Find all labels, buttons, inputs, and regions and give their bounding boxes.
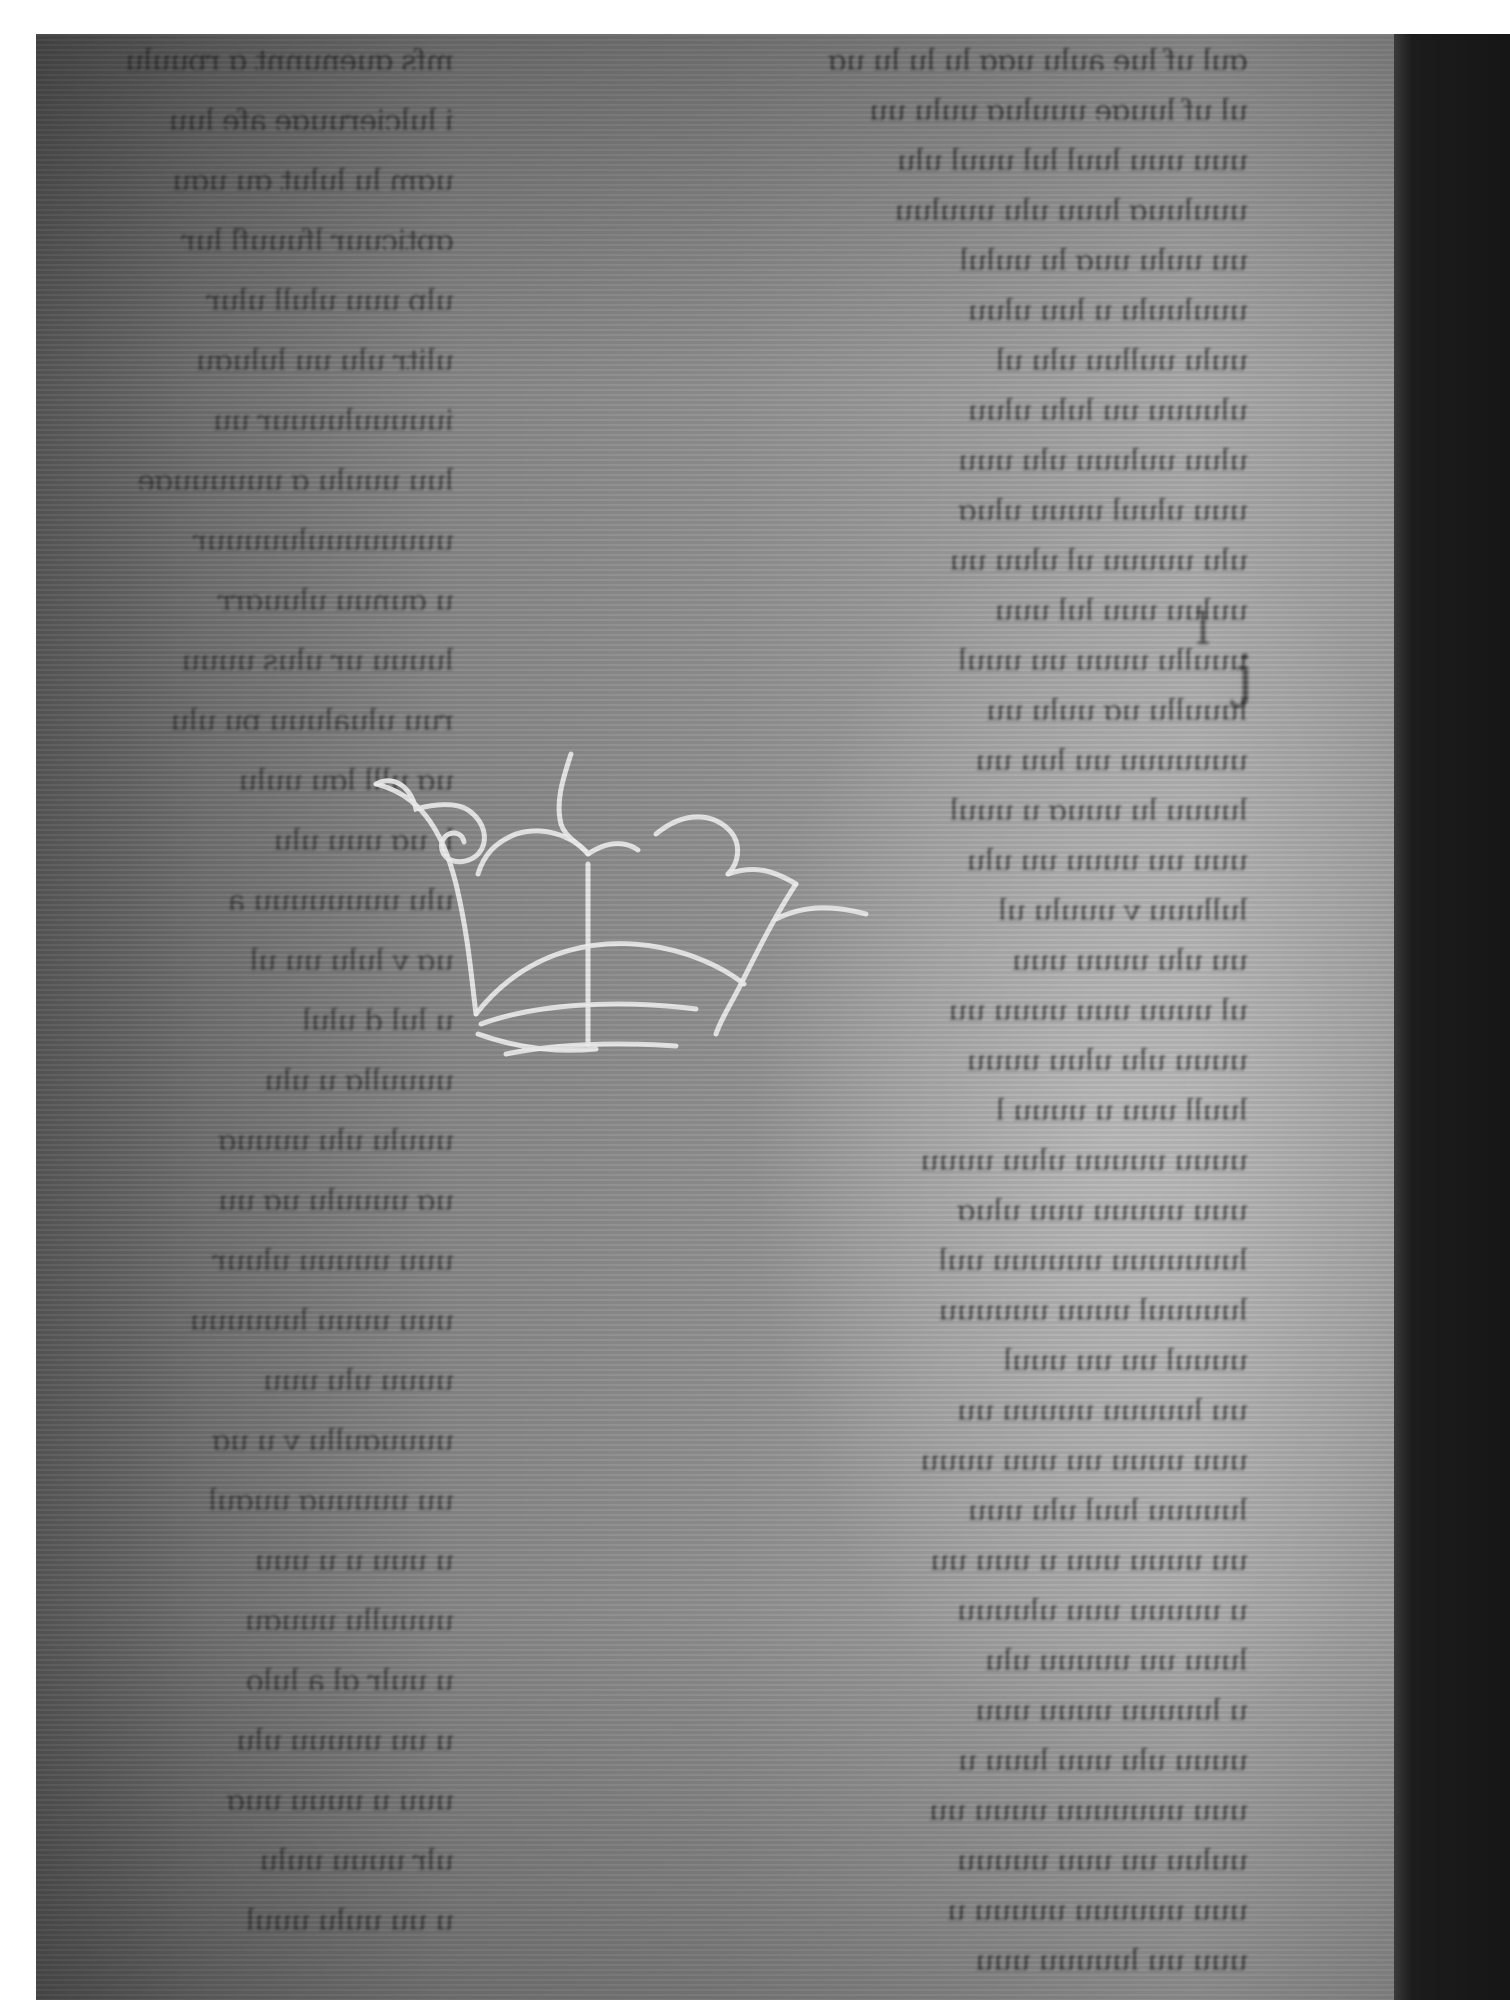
dark-edge-band — [1394, 34, 1510, 2000]
vignette-shading — [36, 34, 1510, 2000]
manuscript-image: mfs quenunnt g rpuului lulcieruuge afe l… — [36, 34, 1510, 2000]
